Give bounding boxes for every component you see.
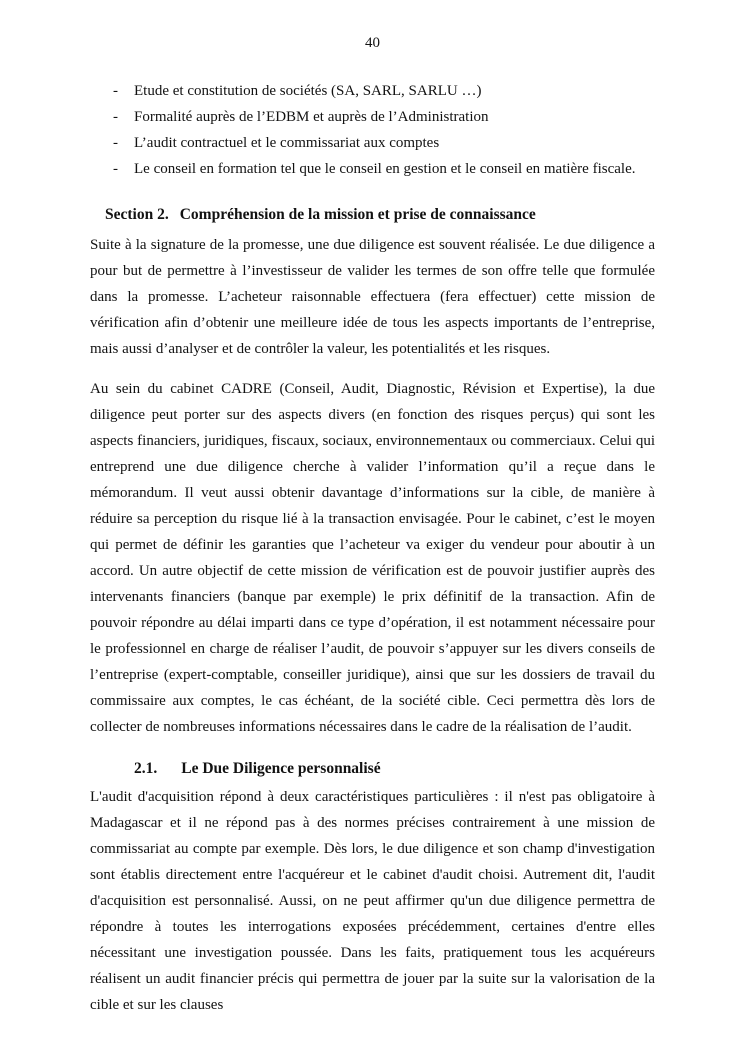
bullet-dash: - <box>113 104 134 130</box>
bullet-dash: - <box>113 156 134 182</box>
section-2-label: Section 2. <box>105 206 169 223</box>
subsection-2-1-paragraph: L'audit d'acquisition répond à deux cara… <box>90 784 655 1018</box>
bullet-list: - Etude et constitution de sociétés (SA,… <box>90 78 655 182</box>
page-number: 40 <box>90 34 655 52</box>
list-item: - Formalité auprès de l’EDBM et auprès d… <box>90 104 655 130</box>
subsection-2-1-label: 2.1. <box>134 760 157 777</box>
bullet-dash: - <box>113 130 134 156</box>
subsection-2-1-heading: 2.1.Le Due Diligence personnalisé <box>134 756 655 782</box>
list-item: - Etude et constitution de sociétés (SA,… <box>90 78 655 104</box>
section-2-title: Compréhension de la mission et prise de … <box>180 206 536 223</box>
bullet-text: Etude et constitution de sociétés (SA, S… <box>134 78 481 104</box>
section-2-paragraph-2: Au sein du cabinet CADRE (Conseil, Audit… <box>90 376 655 740</box>
bullet-text: Formalité auprès de l’EDBM et auprès de … <box>134 104 489 130</box>
section-2-heading: Section 2.Compréhension de la mission et… <box>105 202 655 228</box>
bullet-text: Le conseil en formation tel que le conse… <box>134 156 635 182</box>
subsection-2-1-title: Le Due Diligence personnalisé <box>181 760 380 777</box>
document-page: 40 - Etude et constitution de sociétés (… <box>0 0 745 1053</box>
list-item: - Le conseil en formation tel que le con… <box>90 156 655 182</box>
bullet-dash: - <box>113 78 134 104</box>
section-2-paragraph-1: Suite à la signature de la promesse, une… <box>90 232 655 362</box>
bullet-text: L’audit contractuel et le commissariat a… <box>134 130 439 156</box>
list-item: - L’audit contractuel et le commissariat… <box>90 130 655 156</box>
